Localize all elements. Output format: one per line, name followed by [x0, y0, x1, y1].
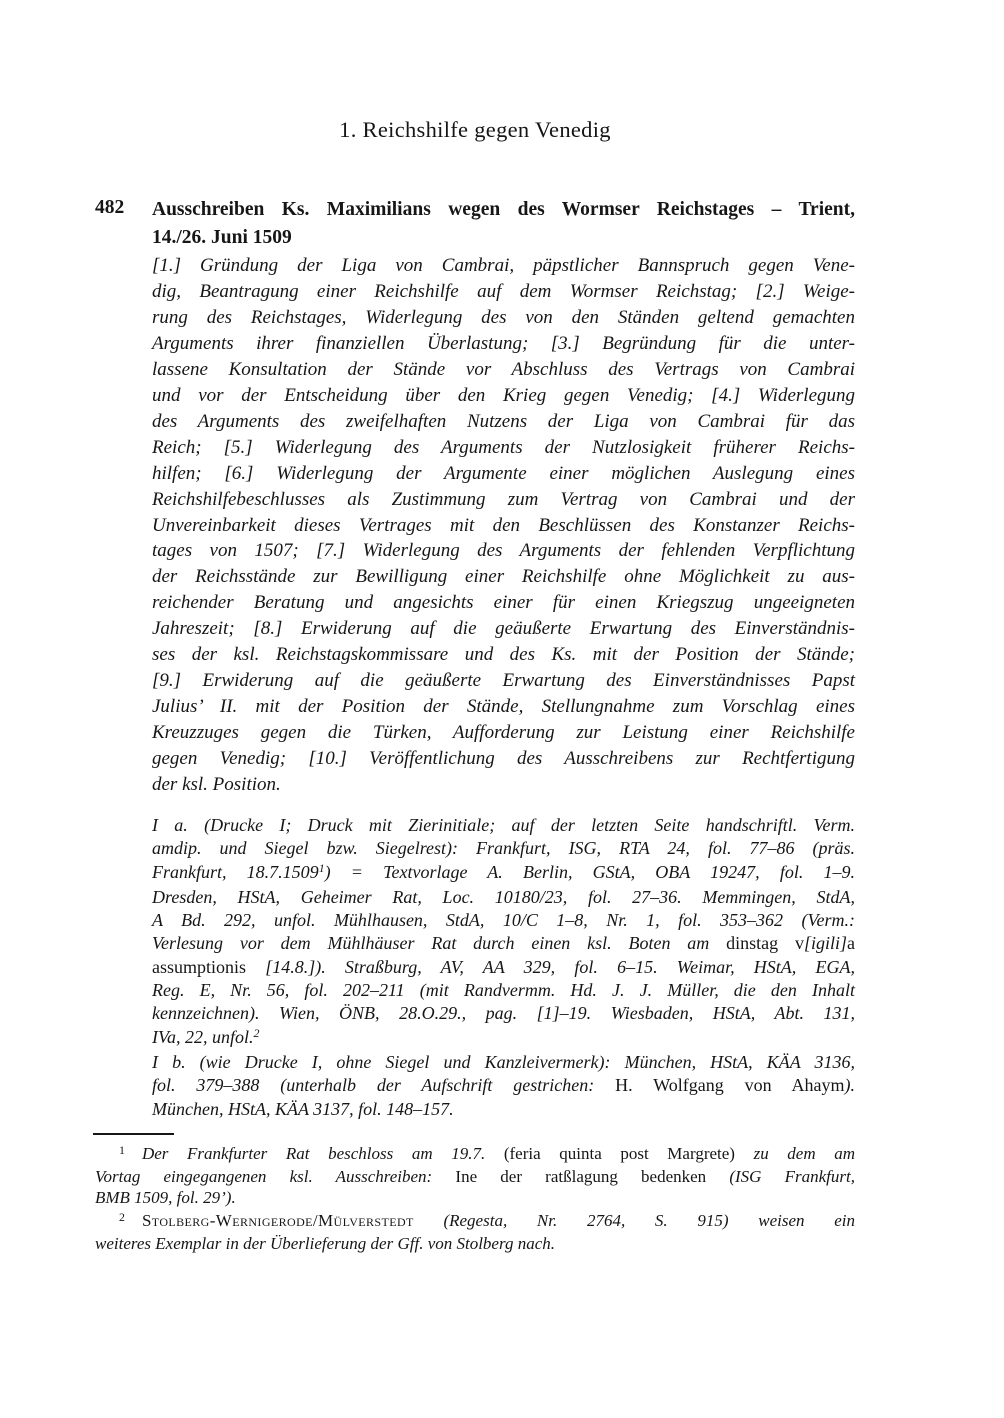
text-segment: BMB 1509, fol. 29’).	[95, 1188, 236, 1207]
text-line: Vortag eingegangenen ksl. Ausschreiben: …	[95, 1166, 855, 1187]
text-line: Kreuzzuges gegen die Türken, Aufforderun…	[152, 720, 855, 746]
text-line: München, HStA, KÄA 3137, fol. 148–157.	[152, 1098, 855, 1121]
text-line: der ksl. Position.	[152, 772, 855, 798]
text-segment: lassene Konsultation der Stände vor Absc…	[152, 359, 855, 380]
footnote-2: 2Stolberg-Wernigerode/Mülverstedt (Reges…	[95, 1210, 855, 1254]
text-line: Frankfurt, 18.7.15091) = Textvorlage A. …	[152, 861, 855, 886]
text-segment: Ine der ratßlagung bedenken	[455, 1167, 729, 1186]
text-segment: Arguments ihrer finanziellen Überlastung…	[152, 333, 855, 354]
text-segment: der ksl. Position.	[152, 774, 281, 795]
text-segment: Stolberg-Wernigerode/Mülverstedt	[142, 1211, 414, 1230]
text-segment: dig, Beantragung einer Reichshilfe auf d…	[152, 281, 855, 302]
text-segment: H. Wolfgang von Ahaym	[615, 1075, 844, 1095]
text-segment: A Bd. 292, unfol. Mühlhausen, StdA, 10/C…	[152, 910, 855, 930]
text-line: BMB 1509, fol. 29’).	[95, 1187, 855, 1208]
text-segment: fol. 379–388 (unterhalb der Aufschrift g…	[152, 1075, 615, 1095]
text-line: lassene Konsultation der Stände vor Absc…	[152, 357, 855, 383]
text-segment: Ausschreiben Ks. Maximilians wegen des W…	[152, 199, 855, 220]
text-segment: zu dem am	[754, 1144, 855, 1163]
text-line: hilfen; [6.] Widerlegung der Argumente e…	[152, 461, 855, 487]
text-line: Julius’ II. mit der Position der Stände,…	[152, 694, 855, 720]
text-line: assumptionis [14.8.]). Straßburg, AV, AA…	[152, 956, 855, 979]
text-segment: a	[847, 933, 855, 953]
text-line: der Reichsstände zur Bewilligung einer R…	[152, 564, 855, 590]
text-segment: Vortag eingegangenen ksl. Ausschreiben:	[95, 1167, 455, 1186]
text-line: Ausschreiben Ks. Maximilians wegen des W…	[152, 196, 855, 224]
text-line: Reich; [5.] Widerlegung des Arguments de…	[152, 435, 855, 461]
text-segment: und vor der Entscheidung über den Krieg …	[152, 385, 855, 406]
text-segment: dinstag v	[726, 933, 804, 953]
text-line: IVa, 22, unfol.2	[152, 1026, 855, 1051]
text-segment: Dresden, HStA, Geheimer Rat, Loc. 10180/…	[152, 887, 855, 907]
text-line: 2Stolberg-Wernigerode/Mülverstedt (Reges…	[95, 1210, 855, 1233]
text-line: weiteres Exemplar in der Überlieferung d…	[95, 1233, 855, 1254]
text-line: A Bd. 292, unfol. Mühlhausen, StdA, 10/C…	[152, 909, 855, 932]
text-segment: [igili]	[804, 933, 847, 953]
text-segment: der Reichsstände zur Bewilligung einer R…	[152, 566, 855, 587]
text-segment: Verlesung vor dem Mühlhäuser Rat durch e…	[152, 933, 726, 953]
footnote-separator	[93, 1133, 174, 1135]
text-segment: Frankfurt, 18.7.1509	[152, 862, 319, 882]
text-segment: rung des Reichstages, Widerlegung des vo…	[152, 307, 855, 328]
text-line: [1.] Gründung der Liga von Cambrai, päps…	[152, 253, 855, 279]
entry-summary: [1.] Gründung der Liga von Cambrai, päps…	[152, 253, 855, 798]
text-segment: assumptionis	[152, 957, 265, 977]
text-segment: Reg. E, Nr. 56, fol. 202–211 (mit Randve…	[152, 980, 855, 1000]
text-line: Jahreszeit; [8.] Erwiderung auf die geäu…	[152, 616, 855, 642]
text-segment: (feria quinta post Margrete)	[504, 1144, 754, 1163]
text-segment: Kreuzzuges gegen die Türken, Aufforderun…	[152, 722, 855, 743]
text-line: [9.] Erwiderung auf die geäußerte Erwart…	[152, 668, 855, 694]
text-segment: Unvereinbarkeit dieses Vertrages mit den…	[152, 515, 855, 536]
footnote-1: 1Der Frankfurter Rat beschloss am 19.7. …	[95, 1143, 855, 1208]
text-line: rung des Reichstages, Widerlegung des vo…	[152, 305, 855, 331]
text-line: des Arguments des zweifelhaften Nutzens …	[152, 409, 855, 435]
text-line: reichender Beratung und angesichts einer…	[152, 590, 855, 616]
text-segment: ).	[845, 1075, 856, 1095]
text-segment: 1	[319, 861, 325, 875]
text-line: I a. (Drucke I; Druck mit Zierinitiale; …	[152, 814, 855, 837]
source-note-b: I b. (wie Drucke I, ohne Siegel und Kanz…	[152, 1051, 855, 1121]
text-line: und vor der Entscheidung über den Krieg …	[152, 383, 855, 409]
text-line: Verlesung vor dem Mühlhäuser Rat durch e…	[152, 932, 855, 955]
text-line: Dresden, HStA, Geheimer Rat, Loc. 10180/…	[152, 886, 855, 909]
text-segment: Julius’ II. mit der Position der Stände,…	[152, 696, 855, 717]
source-note-a: I a. (Drucke I; Druck mit Zierinitiale; …	[152, 814, 855, 1051]
text-line: Arguments ihrer finanziellen Überlastung…	[152, 331, 855, 357]
text-segment: I a. (Drucke I; Druck mit Zierinitiale; …	[152, 815, 855, 835]
text-segment: [14.8.]). Straßburg, AV, AA 329, fol. 6–…	[265, 957, 855, 977]
text-line: 14./26. Juni 1509	[152, 224, 855, 252]
text-segment: Reich; [5.] Widerlegung des Arguments de…	[152, 437, 855, 458]
text-segment: weiteres Exemplar in der Überlieferung d…	[95, 1234, 555, 1253]
text-segment: 2	[254, 1026, 260, 1040]
text-segment: Reichshilfebeschlusses als Zustimmung zu…	[152, 489, 855, 510]
text-segment: Jahreszeit; [8.] Erwiderung auf die geäu…	[152, 618, 855, 639]
text-line: gegen Venedig; [10.] Veröffentlichung de…	[152, 746, 855, 772]
text-line: amdip. und Siegel bzw. Siegelrest): Fran…	[152, 837, 855, 860]
text-segment: kennzeichnen). Wien, ÖNB, 28.O.29., pag.…	[152, 1003, 855, 1023]
text-segment: reichender Beratung und angesichts einer…	[152, 592, 855, 613]
entry-title: Ausschreiben Ks. Maximilians wegen des W…	[152, 196, 855, 252]
text-segment: I b. (wie Drucke I, ohne Siegel und Kanz…	[152, 1052, 855, 1072]
text-segment: [1.] Gründung der Liga von Cambrai, päps…	[152, 255, 855, 276]
text-segment: amdip. und Siegel bzw. Siegelrest): Fran…	[152, 838, 855, 858]
text-line: Reg. E, Nr. 56, fol. 202–211 (mit Randve…	[152, 979, 855, 1002]
text-segment: ses der ksl. Reichstagskommissare und de…	[152, 644, 855, 665]
text-segment: Der Frankfurter Rat beschloss am 19.7.	[142, 1144, 504, 1163]
text-line: fol. 379–388 (unterhalb der Aufschrift g…	[152, 1074, 855, 1097]
document-page: 1. Reichshilfe gegen Venedig 482 Ausschr…	[0, 0, 1004, 1418]
text-line: 1Der Frankfurter Rat beschloss am 19.7. …	[95, 1143, 855, 1166]
text-segment: tages von 1507; [7.] Widerlegung des Arg…	[152, 540, 855, 561]
text-segment: ) = Textvorlage A. Berlin, GStA, OBA 192…	[325, 862, 855, 882]
text-segment: (ISG Frankfurt,	[729, 1167, 855, 1186]
text-segment: 2	[119, 1210, 125, 1224]
text-segment: [9.] Erwiderung auf die geäußerte Erwart…	[152, 670, 855, 691]
text-segment: hilfen; [6.] Widerlegung der Argumente e…	[152, 463, 855, 484]
text-line: kennzeichnen). Wien, ÖNB, 28.O.29., pag.…	[152, 1002, 855, 1025]
text-line: Reichshilfebeschlusses als Zustimmung zu…	[152, 487, 855, 513]
text-segment: des Arguments des zweifelhaften Nutzens …	[152, 411, 855, 432]
text-segment: 14./26. Juni 1509	[152, 227, 292, 248]
text-segment: gegen Venedig; [10.] Veröffentlichung de…	[152, 748, 855, 769]
text-segment: (Regesta, Nr. 2764, S. 915) weisen ein	[414, 1211, 855, 1230]
text-segment: IVa, 22, unfol.	[152, 1027, 254, 1047]
text-line: I b. (wie Drucke I, ohne Siegel und Kanz…	[152, 1051, 855, 1074]
text-line: dig, Beantragung einer Reichshilfe auf d…	[152, 279, 855, 305]
text-segment: 1	[119, 1143, 125, 1157]
text-line: tages von 1507; [7.] Widerlegung des Arg…	[152, 538, 855, 564]
entry-number: 482	[95, 197, 124, 219]
footnotes: 1Der Frankfurter Rat beschloss am 19.7. …	[95, 1143, 855, 1254]
section-heading: 1. Reichshilfe gegen Venedig	[95, 117, 855, 143]
text-line: ses der ksl. Reichstagskommissare und de…	[152, 642, 855, 668]
text-segment: München, HStA, KÄA 3137, fol. 148–157.	[152, 1099, 454, 1119]
text-line: Unvereinbarkeit dieses Vertrages mit den…	[152, 513, 855, 539]
